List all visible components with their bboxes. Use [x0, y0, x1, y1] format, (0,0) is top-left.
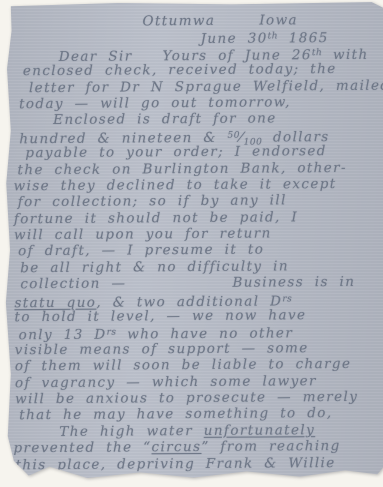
letter-text-segment: 50 [227, 130, 240, 140]
letter-text-segment: Business is in [232, 274, 355, 291]
letter-text-segment: to hold it level, — we now have [14, 307, 306, 325]
letter-line: collection —Business is in [20, 274, 355, 293]
letter-text-segment: ” from reaching [201, 438, 340, 455]
letter-text-segment: circus [151, 439, 201, 455]
letter-text-segment: collection — [20, 276, 126, 293]
letter-text-segment: Ottumwa [142, 13, 215, 30]
letter-text-segment: of them will soon be liable to charge [15, 356, 352, 374]
letter-line: June 30th 1865 [201, 28, 382, 46]
letter-paper: OttumwaIowaJune 30th 1865Dear SirYours o… [0, 0, 383, 487]
letter-text-segment: letter for Dr N Sprague Welfield, mailed [29, 77, 383, 96]
letter-content: OttumwaIowaJune 30th 1865Dear SirYours o… [2, 1, 383, 481]
letter-line: OttumwaIowa [142, 12, 381, 30]
letter-line: this place, depriving Frank & Willie [16, 454, 383, 473]
letter-text-segment: prevented the “ [13, 439, 151, 456]
scan-background: OttumwaIowaJune 30th 1865Dear SirYours o… [0, 0, 383, 487]
letter-line: of them will soon be liable to charge [15, 356, 383, 375]
letter-text-segment: th [312, 48, 322, 58]
letter-text-segment: Enclosed is draft for one [53, 111, 277, 129]
letter-text-segment: will be anxious to prosecute — merely [15, 389, 358, 407]
letter-text-segment: payable to your order; I endorsed [25, 143, 327, 161]
letter-text-segment: visible means of support — some [15, 340, 309, 358]
letter-text-segment: that he may have something to do, [19, 405, 332, 423]
letter-line: hundred & nineteen & 50⁄100 dollars [19, 126, 382, 145]
paper-surface: OttumwaIowaJune 30th 1865Dear SirYours o… [4, 2, 383, 479]
letter-text-segment: The high water [59, 423, 203, 440]
letter-text-segment: th [268, 32, 278, 42]
letter-text-segment: will call upon you for return [14, 226, 272, 244]
letter-text-segment: rs [107, 328, 117, 338]
letter-text-segment: of vagrancy — which some lawyer [15, 373, 317, 391]
letter-text-segment: for collection; so if by any ill [18, 193, 287, 211]
letter-text-segment: this place, depriving Frank & Willie [16, 455, 336, 473]
letter-text-segment: the check on Burlington Bank, other- [17, 159, 347, 177]
letter-text-segment: Iowa [259, 12, 298, 29]
letter-line: wise they declined to take it except [14, 176, 383, 195]
letter-text-segment: today — will go out tomorrow, [19, 94, 291, 112]
letter-text-segment: fortune it should not be paid, I [14, 209, 298, 227]
letter-text-segment: be all right & no difficulty in [20, 258, 289, 276]
letter-text-segment: unfortunately [204, 422, 315, 439]
letter-text-segment: wise they declined to take it except [14, 176, 337, 194]
letter-line: that he may have something to do, [19, 405, 383, 424]
letter-line: letter for Dr N Sprague Welfield, mailed [29, 77, 382, 96]
letter-text-segment: rs [282, 294, 292, 304]
letter-text-segment: of draft, — I presume it to [18, 242, 264, 260]
letter-text-segment: enclosed check, received today; the [23, 61, 337, 79]
